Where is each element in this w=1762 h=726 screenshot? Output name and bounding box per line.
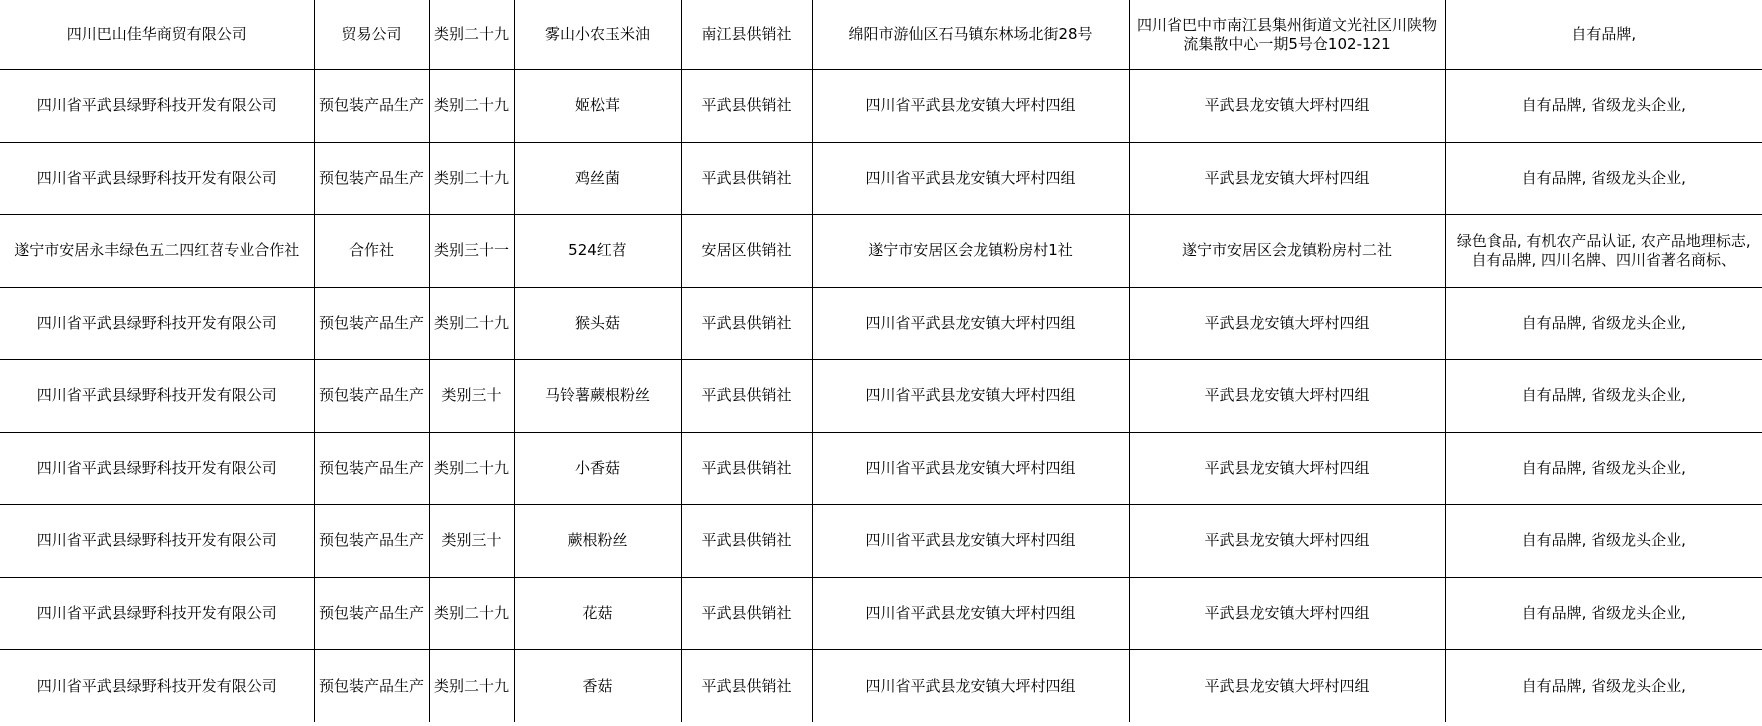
table-row: 四川省平武县绿野科技开发有限公司预包装产品生产类别三十马铃薯蕨根粉丝平武县供销社… xyxy=(0,360,1762,433)
production-address-cell[interactable]: 平武县龙安镇大坪村四组 xyxy=(1129,650,1445,723)
category-cell[interactable]: 类别三十一 xyxy=(429,215,514,288)
registered-address-cell[interactable]: 四川省平武县龙安镇大坪村四组 xyxy=(812,360,1129,433)
supply-cooperative-cell[interactable]: 南江县供销社 xyxy=(681,0,812,70)
category-cell[interactable]: 类别二十九 xyxy=(429,577,514,650)
table-row: 四川省平武县绿野科技开发有限公司预包装产品生产类别二十九花菇平武县供销社四川省平… xyxy=(0,577,1762,650)
company-cell[interactable]: 四川省平武县绿野科技开发有限公司 xyxy=(0,432,314,505)
enterprise-type-cell[interactable]: 预包装产品生产 xyxy=(314,432,429,505)
enterprise-type-cell[interactable]: 预包装产品生产 xyxy=(314,505,429,578)
supply-cooperative-cell[interactable]: 平武县供销社 xyxy=(681,650,812,723)
supply-cooperative-cell[interactable]: 安居区供销社 xyxy=(681,215,812,288)
table-row: 四川省平武县绿野科技开发有限公司预包装产品生产类别二十九猴头菇平武县供销社四川省… xyxy=(0,287,1762,360)
spreadsheet-sheet: 四川巴山佳华商贸有限公司贸易公司类别二十九雾山小农玉米油南江县供销社绵阳市游仙区… xyxy=(0,0,1762,726)
honors-cell[interactable]: 自有品牌, 省级龙头企业, xyxy=(1445,650,1762,723)
company-cell[interactable]: 四川省平武县绿野科技开发有限公司 xyxy=(0,650,314,723)
production-address-cell[interactable]: 平武县龙安镇大坪村四组 xyxy=(1129,360,1445,433)
table-row: 四川巴山佳华商贸有限公司贸易公司类别二十九雾山小农玉米油南江县供销社绵阳市游仙区… xyxy=(0,0,1762,70)
registered-address-cell[interactable]: 四川省平武县龙安镇大坪村四组 xyxy=(812,142,1129,215)
product-name-cell[interactable]: 马铃薯蕨根粉丝 xyxy=(514,360,681,433)
registered-address-cell[interactable]: 四川省平武县龙安镇大坪村四组 xyxy=(812,432,1129,505)
supply-cooperative-cell[interactable]: 平武县供销社 xyxy=(681,360,812,433)
production-address-cell[interactable]: 平武县龙安镇大坪村四组 xyxy=(1129,577,1445,650)
product-name-cell[interactable]: 蕨根粉丝 xyxy=(514,505,681,578)
category-cell[interactable]: 类别二十九 xyxy=(429,650,514,723)
supply-cooperative-cell[interactable]: 平武县供销社 xyxy=(681,70,812,143)
production-address-cell[interactable]: 遂宁市安居区会龙镇粉房村二社 xyxy=(1129,215,1445,288)
registered-address-cell[interactable]: 绵阳市游仙区石马镇东林场北街28号 xyxy=(812,0,1129,70)
product-name-cell[interactable]: 鸡丝菌 xyxy=(514,142,681,215)
honors-cell[interactable]: 自有品牌, 省级龙头企业, xyxy=(1445,70,1762,143)
company-cell[interactable]: 四川省平武县绿野科技开发有限公司 xyxy=(0,287,314,360)
enterprise-type-cell[interactable]: 预包装产品生产 xyxy=(314,287,429,360)
table-row: 四川省平武县绿野科技开发有限公司预包装产品生产类别二十九香菇平武县供销社四川省平… xyxy=(0,650,1762,723)
registered-address-cell[interactable]: 四川省平武县龙安镇大坪村四组 xyxy=(812,70,1129,143)
category-cell[interactable]: 类别二十九 xyxy=(429,287,514,360)
company-cell[interactable]: 四川省平武县绿野科技开发有限公司 xyxy=(0,70,314,143)
company-cell[interactable]: 遂宁市安居永丰绿色五二四红苕专业合作社 xyxy=(0,215,314,288)
company-cell[interactable]: 四川巴山佳华商贸有限公司 xyxy=(0,0,314,70)
product-name-cell[interactable]: 花菇 xyxy=(514,577,681,650)
production-address-cell[interactable]: 平武县龙安镇大坪村四组 xyxy=(1129,432,1445,505)
product-name-cell[interactable]: 姬松茸 xyxy=(514,70,681,143)
enterprise-type-cell[interactable]: 预包装产品生产 xyxy=(314,360,429,433)
enterprise-type-cell[interactable]: 预包装产品生产 xyxy=(314,650,429,723)
category-cell[interactable]: 类别二十九 xyxy=(429,70,514,143)
enterprise-type-cell[interactable]: 贸易公司 xyxy=(314,0,429,70)
table-body: 四川巴山佳华商贸有限公司贸易公司类别二十九雾山小农玉米油南江县供销社绵阳市游仙区… xyxy=(0,0,1762,722)
product-name-cell[interactable]: 524红苕 xyxy=(514,215,681,288)
registered-address-cell[interactable]: 四川省平武县龙安镇大坪村四组 xyxy=(812,577,1129,650)
product-name-cell[interactable]: 小香菇 xyxy=(514,432,681,505)
registered-address-cell[interactable]: 四川省平武县龙安镇大坪村四组 xyxy=(812,650,1129,723)
supply-cooperative-cell[interactable]: 平武县供销社 xyxy=(681,577,812,650)
category-cell[interactable]: 类别二十九 xyxy=(429,0,514,70)
product-name-cell[interactable]: 猴头菇 xyxy=(514,287,681,360)
enterprise-type-cell[interactable]: 合作社 xyxy=(314,215,429,288)
product-name-cell[interactable]: 雾山小农玉米油 xyxy=(514,0,681,70)
table-row: 四川省平武县绿野科技开发有限公司预包装产品生产类别二十九小香菇平武县供销社四川省… xyxy=(0,432,1762,505)
enterprise-type-cell[interactable]: 预包装产品生产 xyxy=(314,142,429,215)
company-cell[interactable]: 四川省平武县绿野科技开发有限公司 xyxy=(0,505,314,578)
company-cell[interactable]: 四川省平武县绿野科技开发有限公司 xyxy=(0,577,314,650)
production-address-cell[interactable]: 平武县龙安镇大坪村四组 xyxy=(1129,70,1445,143)
registered-address-cell[interactable]: 四川省平武县龙安镇大坪村四组 xyxy=(812,287,1129,360)
registered-address-cell[interactable]: 四川省平武县龙安镇大坪村四组 xyxy=(812,505,1129,578)
honors-cell[interactable]: 绿色食品, 有机农产品认证, 农产品地理标志, 自有品牌, 四川名牌、四川省著名… xyxy=(1445,215,1762,288)
supply-cooperative-cell[interactable]: 平武县供销社 xyxy=(681,505,812,578)
registered-address-cell[interactable]: 遂宁市安居区会龙镇粉房村1社 xyxy=(812,215,1129,288)
product-name-cell[interactable]: 香菇 xyxy=(514,650,681,723)
product-table: 四川巴山佳华商贸有限公司贸易公司类别二十九雾山小农玉米油南江县供销社绵阳市游仙区… xyxy=(0,0,1762,722)
production-address-cell[interactable]: 平武县龙安镇大坪村四组 xyxy=(1129,287,1445,360)
enterprise-type-cell[interactable]: 预包装产品生产 xyxy=(314,577,429,650)
enterprise-type-cell[interactable]: 预包装产品生产 xyxy=(314,70,429,143)
honors-cell[interactable]: 自有品牌, 省级龙头企业, xyxy=(1445,432,1762,505)
honors-cell[interactable]: 自有品牌, 省级龙头企业, xyxy=(1445,142,1762,215)
honors-cell[interactable]: 自有品牌, 省级龙头企业, xyxy=(1445,577,1762,650)
category-cell[interactable]: 类别二十九 xyxy=(429,142,514,215)
category-cell[interactable]: 类别三十 xyxy=(429,360,514,433)
honors-cell[interactable]: 自有品牌, 省级龙头企业, xyxy=(1445,505,1762,578)
production-address-cell[interactable]: 平武县龙安镇大坪村四组 xyxy=(1129,505,1445,578)
production-address-cell[interactable]: 平武县龙安镇大坪村四组 xyxy=(1129,142,1445,215)
category-cell[interactable]: 类别二十九 xyxy=(429,432,514,505)
table-row: 遂宁市安居永丰绿色五二四红苕专业合作社合作社类别三十一524红苕安居区供销社遂宁… xyxy=(0,215,1762,288)
table-row: 四川省平武县绿野科技开发有限公司预包装产品生产类别二十九鸡丝菌平武县供销社四川省… xyxy=(0,142,1762,215)
company-cell[interactable]: 四川省平武县绿野科技开发有限公司 xyxy=(0,142,314,215)
category-cell[interactable]: 类别三十 xyxy=(429,505,514,578)
honors-cell[interactable]: 自有品牌, 省级龙头企业, xyxy=(1445,360,1762,433)
table-row: 四川省平武县绿野科技开发有限公司预包装产品生产类别二十九姬松茸平武县供销社四川省… xyxy=(0,70,1762,143)
supply-cooperative-cell[interactable]: 平武县供销社 xyxy=(681,287,812,360)
table-row: 四川省平武县绿野科技开发有限公司预包装产品生产类别三十蕨根粉丝平武县供销社四川省… xyxy=(0,505,1762,578)
supply-cooperative-cell[interactable]: 平武县供销社 xyxy=(681,432,812,505)
honors-cell[interactable]: 自有品牌, xyxy=(1445,0,1762,70)
company-cell[interactable]: 四川省平武县绿野科技开发有限公司 xyxy=(0,360,314,433)
supply-cooperative-cell[interactable]: 平武县供销社 xyxy=(681,142,812,215)
honors-cell[interactable]: 自有品牌, 省级龙头企业, xyxy=(1445,287,1762,360)
production-address-cell[interactable]: 四川省巴中市南江县集州街道文光社区川陕物流集散中心一期5号仓102-121 xyxy=(1129,0,1445,70)
